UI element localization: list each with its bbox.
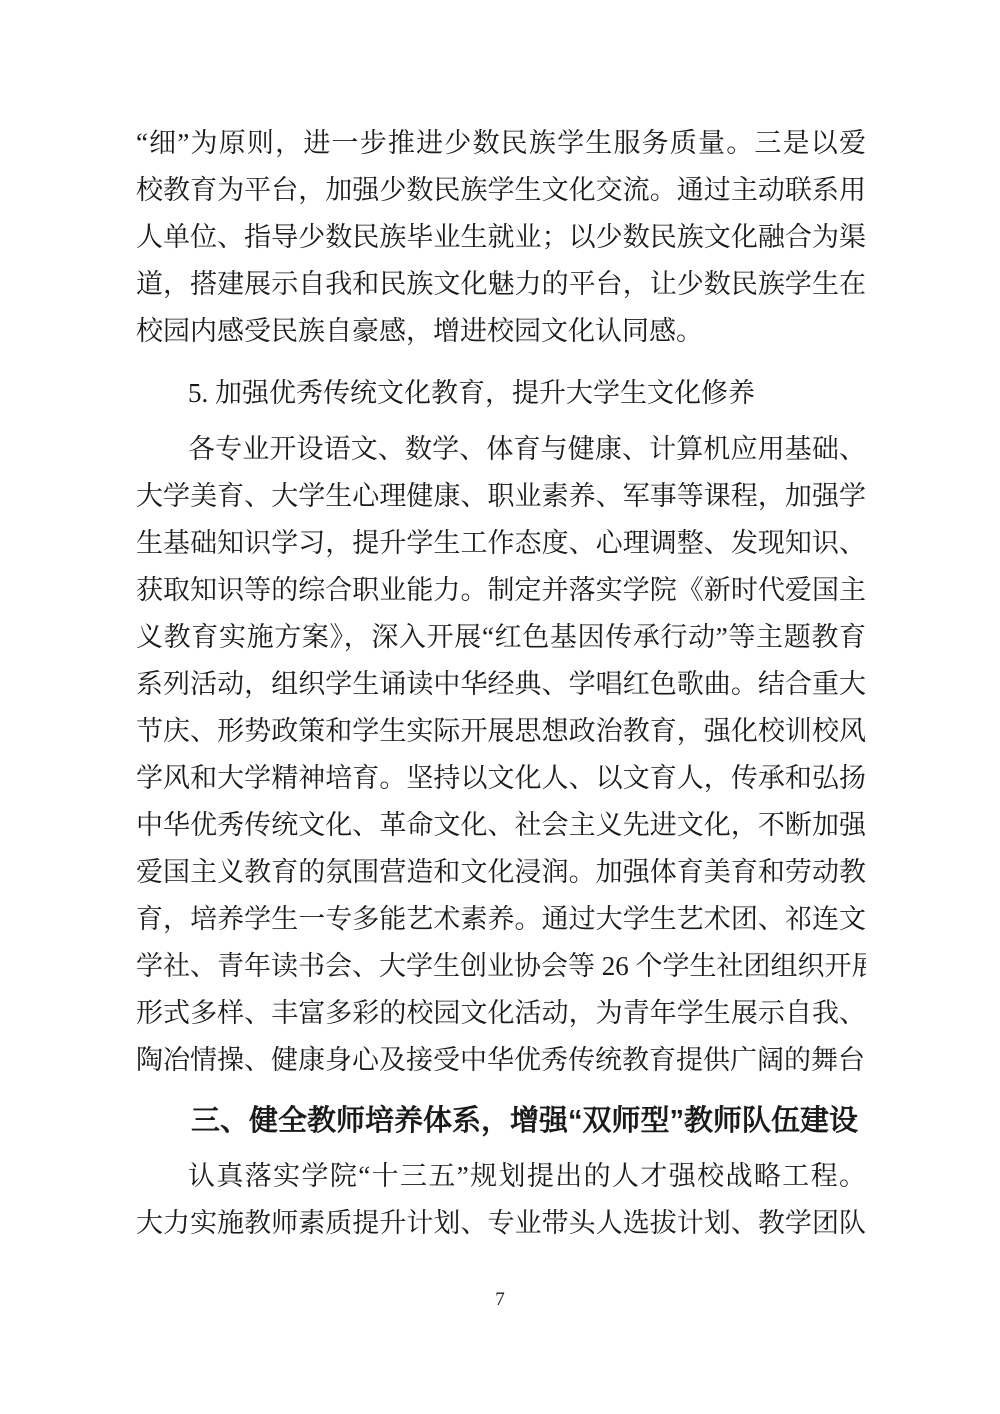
body-line: 大力实施教师素质提升计划、专业带头人选拔计划、教学团队 [136,1200,866,1247]
body-line: 中华优秀传统文化、革命文化、社会主义先进文化，不断加强 [136,802,866,849]
body-line: 形式多样、丰富多彩的校园文化活动，为青年学生展示自我、 [136,990,866,1037]
document-body: “细”为原则，进一步推进少数民族学生服务质量。三是以爱 校教育为平台，加强少数民… [136,120,866,1247]
page-number: 7 [0,1288,1000,1312]
paragraph-continued: “细”为原则，进一步推进少数民族学生服务质量。三是以爱 校教育为平台，加强少数民… [136,120,866,355]
body-line: 学社、青年读书会、大学生创业协会等 26 个学生社团组织开展 [136,943,866,990]
body-line: 义教育实施方案》，深入开展“红色基因传承行动”等主题教育 [136,614,866,661]
document-page: “细”为原则，进一步推进少数民族学生服务质量。三是以爱 校教育为平台，加强少数民… [0,0,1000,1414]
section-heading-5: 5. 加强优秀传统文化教育，提升大学生文化修养 [136,370,866,417]
body-line: 认真落实学院“十三五”规划提出的人才强校战略工程。 [136,1153,866,1200]
body-line: 学风和大学精神培育。坚持以文化人、以文育人，传承和弘扬 [136,755,866,802]
chapter-heading-3: 三、健全教师培养体系，增强“双师型”教师队伍建设 [136,1098,866,1145]
body-line: 校园内感受民族自豪感，增进校园文化认同感。 [136,308,866,355]
body-line: 育，培养学生一专多能艺术素养。通过大学生艺术团、祁连文 [136,896,866,943]
body-line: “细”为原则，进一步推进少数民族学生服务质量。三是以爱 [136,120,866,167]
body-line: 节庆、形势政策和学生实际开展思想政治教育，强化校训校风 [136,708,866,755]
body-line: 人单位、指导少数民族毕业生就业；以少数民族文化融合为渠 [136,214,866,261]
body-line: 获取知识等的综合职业能力。制定并落实学院《新时代爱国主 [136,567,866,614]
paragraph-culture-education: 各专业开设语文、数学、体育与健康、计算机应用基础、 大学美育、大学生心理健康、职… [136,426,866,1084]
body-line: 系列活动，组织学生诵读中华经典、学唱红色歌曲。结合重大 [136,661,866,708]
body-line: 爱国主义教育的氛围营造和文化浸润。加强体育美育和劳动教 [136,849,866,896]
body-line: 校教育为平台，加强少数民族学生文化交流。通过主动联系用 [136,167,866,214]
body-line: 陶冶情操、健康身心及接受中华优秀传统教育提供广阔的舞台。 [136,1037,866,1084]
body-line: 各专业开设语文、数学、体育与健康、计算机应用基础、 [136,426,866,473]
body-line: 生基础知识学习，提升学生工作态度、心理调整、发现知识、 [136,520,866,567]
paragraph-teacher-training: 认真落实学院“十三五”规划提出的人才强校战略工程。 大力实施教师素质提升计划、专… [136,1153,866,1247]
body-line: 大学美育、大学生心理健康、职业素养、军事等课程，加强学 [136,473,866,520]
body-line: 道，搭建展示自我和民族文化魅力的平台，让少数民族学生在 [136,261,866,308]
